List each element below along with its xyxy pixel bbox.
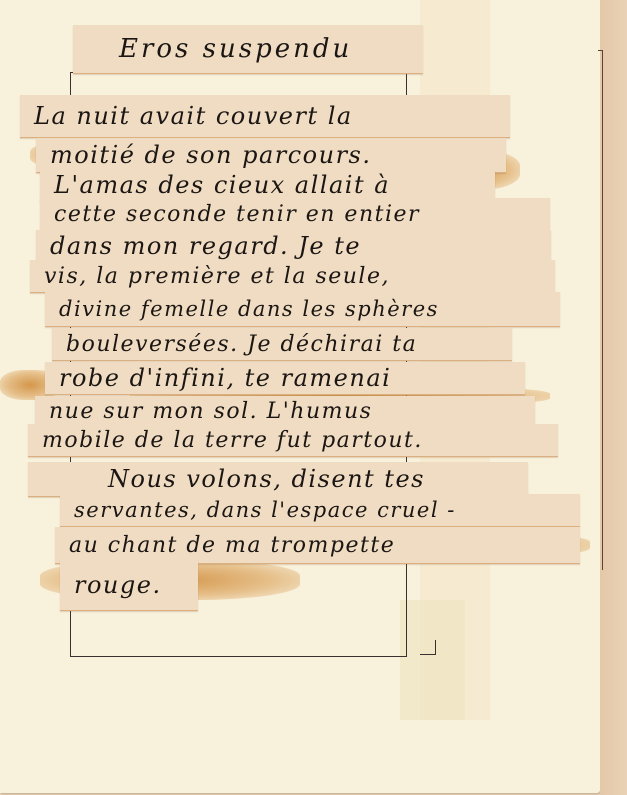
poem-line-strip: divine femelle dans les sphères <box>45 292 560 327</box>
poem-line-strip: La nuit avait couvert la <box>20 95 510 138</box>
poem-line: Nous volons, disent tes <box>28 465 425 493</box>
poem-line: rouge. <box>60 571 162 599</box>
poem-line-strip: Nous volons, disent tes <box>28 462 528 497</box>
poem-line: vis, la première et la seule, <box>30 264 390 289</box>
poem-line-strip: dans mon regard. Je te <box>36 230 551 263</box>
poem-line-strip: servantes, dans l'espace cruel - <box>60 494 580 527</box>
poem-line-strip: cette seconde tenir en entier <box>40 198 550 231</box>
poem-line-strip: L'amas des cieux allait à <box>40 170 495 201</box>
poem-line: dans mon regard. Je te <box>36 232 361 260</box>
translucent-tape <box>400 600 465 720</box>
poem-line: moitié de son parcours. <box>36 141 372 169</box>
poem-line: robe d'infini, te ramenai <box>45 364 391 392</box>
poem-line: cette seconde tenir en entier <box>40 202 420 227</box>
poem-line: bouleversées. Je déchirai ta <box>52 332 417 357</box>
poem-line-strip: robe d'infini, te ramenai <box>45 362 525 395</box>
poem-line-strip: moitié de son parcours. <box>36 138 506 173</box>
poem-line-strip: au chant de ma trompette <box>55 527 580 564</box>
poem-line: L'amas des cieux allait à <box>40 171 390 199</box>
poem-line-strip: nue sur mon sol. L'humus <box>35 396 535 427</box>
poem-line: divine femelle dans les sphères <box>45 297 439 321</box>
poem-line: mobile de la terre fut partout. <box>28 428 423 453</box>
poem-line-strip: mobile de la terre fut partout. <box>28 424 558 457</box>
poem-line: La nuit avait couvert la <box>20 102 353 130</box>
page-margin-line <box>602 50 603 570</box>
poem-line: servantes, dans l'espace cruel - <box>60 498 456 522</box>
crop-mark <box>420 640 436 655</box>
page-edge <box>600 0 627 795</box>
poem-title: Eros suspendu <box>73 34 352 64</box>
poem-title-strip: Eros suspendu <box>73 25 423 74</box>
poem-line-strip: rouge. <box>60 560 198 611</box>
poem-line: au chant de ma trompette <box>55 533 395 558</box>
poem-line-strip: vis, la première et la seule, <box>30 260 555 293</box>
page-margin-tick <box>598 50 603 51</box>
poem-line: nue sur mon sol. L'humus <box>35 399 372 424</box>
poem-line-strip: bouleversées. Je déchirai ta <box>52 328 512 361</box>
